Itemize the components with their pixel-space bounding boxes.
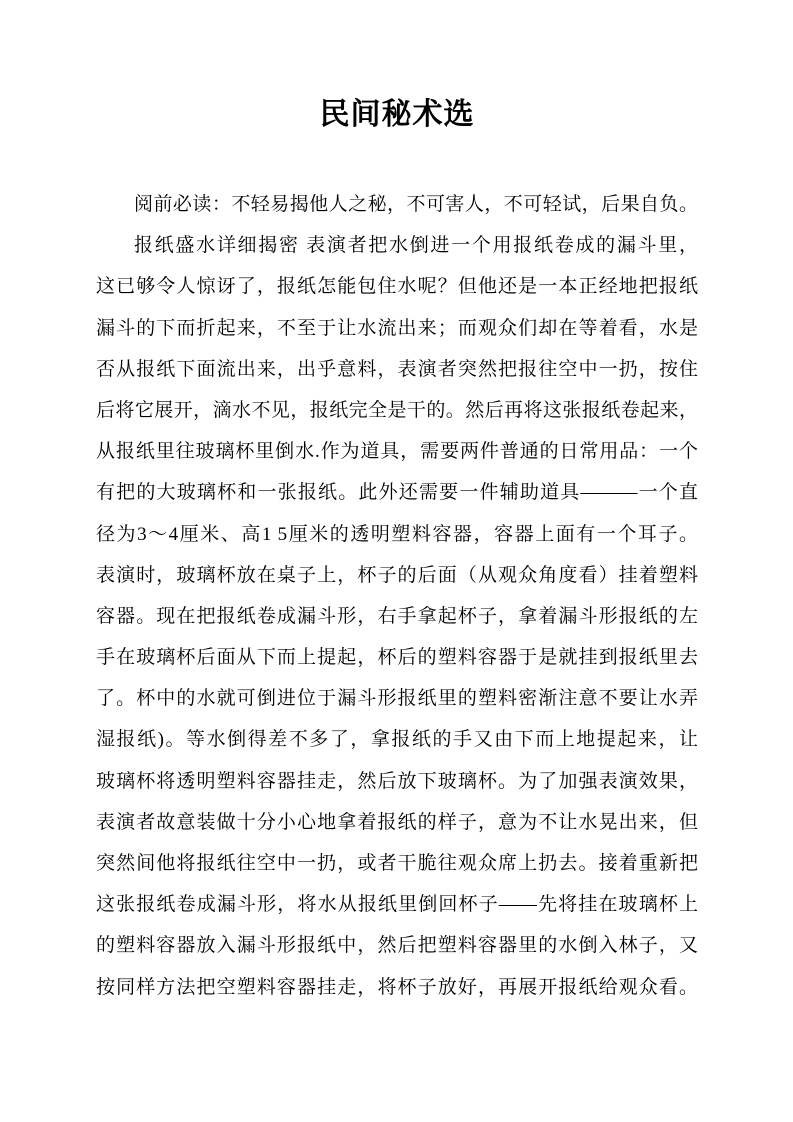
text-line: 了。杯中的水就可倒进位于漏斗形报纸里的塑料密渐注意不要让水弄: [96, 678, 698, 719]
text-line: 的塑料容器放入漏斗形报纸中，然后把塑料容器里的水倒入林子，又: [96, 925, 698, 966]
text-line: 漏斗的下而折起来，不至于让水流出来；而观众们却在等着看，水是: [96, 308, 698, 349]
text-line: 这张报纸卷成漏斗形，将水从报纸里倒回杯子——先将挂在玻璃杯上: [96, 884, 698, 925]
text-line: 湿报纸)。等水倒得差不多了，拿报纸的手又由下而上地提起来，让: [96, 719, 698, 760]
text-line: 从报纸里往玻璃杯里倒水.作为道具，需要两件普通的日常用品：一个: [96, 431, 698, 472]
text-line: 按同样方法把空塑料容器挂走，将杯子放好，再展开报纸给观众看。: [96, 967, 698, 1008]
text-line: 阅前必读：不轻易揭他人之秘，不可害人，不可轻试，后果自负。: [96, 184, 698, 225]
text-line: 后将它展开，滴水不见，报纸完全是干的。然后再将这张报纸卷起来，: [96, 390, 698, 431]
document-page: 民间秘术选 阅前必读：不轻易揭他人之秘，不可害人，不可轻试，后果自负。 报纸盛水…: [0, 0, 793, 1122]
text-line: 报纸盛水详细揭密 表演者把水倒进一个用报纸卷成的漏斗里，: [96, 225, 698, 266]
page-title: 民间秘术选: [96, 95, 698, 135]
document-body: 阅前必读：不轻易揭他人之秘，不可害人，不可轻试，后果自负。 报纸盛水详细揭密 表…: [96, 184, 698, 1008]
text-line: 径为3～4厘米、高1 5厘米的透明塑料容器，容器上面有一个耳子。: [96, 514, 698, 555]
text-line: 容器。现在把报纸卷成漏斗形，右手拿起杯子，拿着漏斗形报纸的左: [96, 596, 698, 637]
text-line: 突然间他将报纸往空中一扔，或者干脆往观众席上扔去。接着重新把: [96, 843, 698, 884]
text-line: 玻璃杯将透明塑料容器挂走，然后放下玻璃杯。为了加强表演效果，: [96, 761, 698, 802]
text-line: 表演者故意装做十分小心地拿着报纸的样子，意为不让水晃出来，但: [96, 802, 698, 843]
text-line: 有把的大玻璃杯和一张报纸。此外还需要一件辅助道具———一个直: [96, 472, 698, 513]
text-line: 这已够令人惊讶了，报纸怎能包住水呢？但他还是一本正经地把报纸: [96, 266, 698, 307]
text-line: 手在玻璃杯后面从下而上提起，杯后的塑料容器于是就挂到报纸里去: [96, 637, 698, 678]
text-line: 否从报纸下面流出来，出乎意料，表演者突然把报往空中一扔，按住: [96, 349, 698, 390]
text-line: 表演时，玻璃杯放在桌子上，杯子的后面（从观众角度看）挂着塑料: [96, 555, 698, 596]
